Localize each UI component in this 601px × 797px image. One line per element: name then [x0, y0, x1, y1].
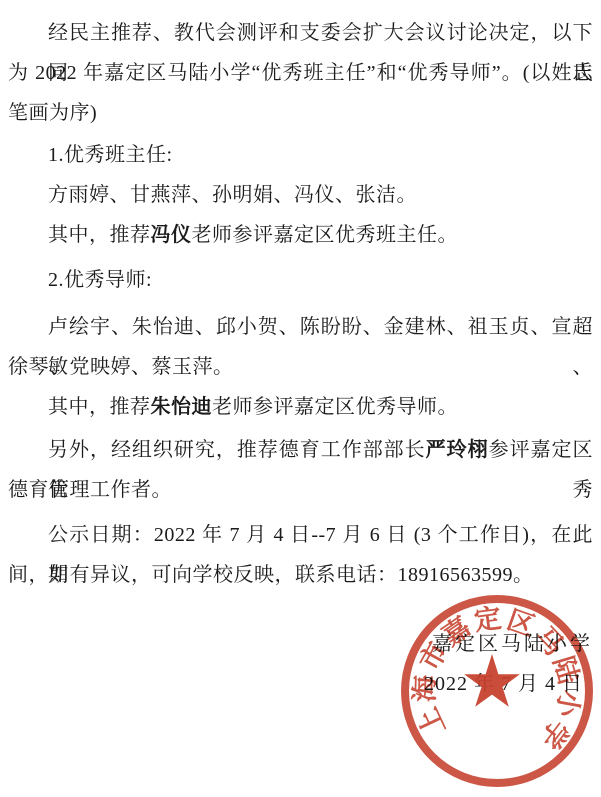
- text-line: 另外，经组织研究，推荐德育工作部部长严玲栩参评嘉定区优秀: [8, 430, 593, 470]
- text-line: 为 2022 年嘉定区马陆小学“优秀班主任”和“优秀导师”。(以姓氏: [8, 53, 593, 93]
- text-line: 其中，推荐冯仪老师参评嘉定区优秀班主任。: [8, 215, 593, 255]
- text-line: 其中，推荐朱怡迪老师参评嘉定区优秀导师。: [8, 387, 593, 427]
- text-line: 笔画为序): [8, 93, 593, 133]
- seal-arc-char: 上: [412, 701, 452, 741]
- text-line: 间，如有异议，可向学校反映，联系电话：18916563599。: [8, 555, 593, 595]
- announcement-page: 经民主推荐、教代会测评和支委会扩大会议讨论决定，以下同志为 2022 年嘉定区马…: [0, 0, 601, 797]
- document-body: 经民主推荐、教代会测评和支委会扩大会议讨论决定，以下同志为 2022 年嘉定区马…: [8, 13, 593, 595]
- text-line: 经民主推荐、教代会测评和支委会扩大会议讨论决定，以下同志: [8, 13, 593, 53]
- text-line: 1.优秀班主任:: [8, 135, 593, 175]
- text-line: 卢绘宇、朱怡迪、邱小贺、陈盼盼、金建林、祖玉贞、宣超敏、: [8, 307, 593, 347]
- text-line: 2.优秀导师:: [8, 260, 593, 300]
- seal-arc-char: 学: [533, 713, 575, 755]
- text-line: 方雨婷、甘燕萍、孙明娟、冯仪、张洁。: [8, 175, 593, 215]
- text-line: 公示日期：2022 年 7 月 4 日--7 月 6 日 (3 个工作日)，在此…: [8, 515, 593, 555]
- seal-arc-char: 海: [410, 673, 441, 704]
- seal-arc-char: 定: [471, 603, 505, 637]
